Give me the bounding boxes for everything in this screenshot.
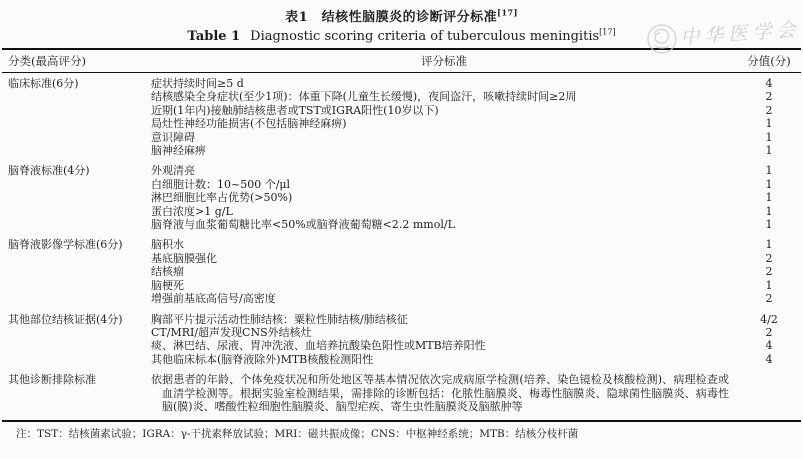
table-title-en-label: Table 1 (187, 29, 240, 44)
criterion-text: 脑脊液与血浆葡萄糖比率<50%或脑脊液葡萄糖<2.2 mmol/L (151, 218, 737, 231)
table-row: 淋巴细胞比率占优势(>50%) 1 (151, 191, 801, 204)
table-row: 增强前基底高信号/高密度 2 (151, 292, 801, 305)
section-rows: 外观清亮 1 白细胞计数：10~500 个/μl 1 淋巴细胞比率占优势(>50… (151, 164, 801, 231)
table-row: 近期(1年内)接触肺结核患者或TST或IGRA阳性(10岁以下) 2 (151, 104, 801, 117)
criterion-score: 2 (737, 326, 801, 339)
table-section: 临床标准(6分) 症状持续时间≥5 d 4 结核感染全身症状(至少1项)：体重下… (2, 77, 801, 157)
header-score: 分值(分) (737, 53, 801, 69)
table-row: 外观清亮 1 (151, 164, 801, 177)
criterion-score: 1 (737, 131, 801, 144)
criterion-score: 4 (737, 353, 801, 366)
criterion-score: 4/2 (737, 313, 801, 326)
criterion-text: 外观清亮 (151, 164, 737, 177)
criterion-text: 脑神经麻痹 (151, 144, 737, 157)
table-title-en-text: Diagnostic scoring criteria of tuberculo… (250, 29, 599, 44)
table-row: 脑梗死 1 (151, 279, 801, 292)
table-title-en: Table 1Diagnostic scoring criteria of tu… (0, 29, 803, 44)
criterion-score: 4 (737, 339, 801, 352)
table-section: 其他诊断排除标准 依据患者的年龄、个体免疫状况和所处地区等基本情况依次完成病原学… (2, 373, 801, 413)
table-row: 症状持续时间≥5 d 4 (151, 77, 801, 90)
header-criteria: 评分标准 (151, 53, 737, 69)
criterion-text: 白细胞计数：10~500 个/μl (151, 178, 737, 191)
criterion-text: 局灶性神经功能损害(不包括脑神经麻痹) (151, 117, 737, 130)
criterion-text: 蛋白浓度>1 g/L (151, 205, 737, 218)
section-rows: 胸部平片提示活动性肺结核：粟粒性肺结核/肺结核征 4/2 CT/MRI/超声发现… (151, 313, 801, 367)
criterion-score: 1 (737, 218, 801, 231)
criterion-text: 脑梗死 (151, 279, 737, 292)
section-rows: 依据患者的年龄、个体免疫状况和所处地区等基本情况依次完成病原学检测(培养、染色镜… (151, 373, 801, 413)
table-row: 胸部平片提示活动性肺结核：粟粒性肺结核/肺结核征 4/2 (151, 313, 801, 326)
criterion-text: 胸部平片提示活动性肺结核：粟粒性肺结核/肺结核征 (151, 313, 737, 326)
section-category: 脑脊液标准(4分) (2, 164, 151, 231)
scoring-table: 分类(最高评分) 评分标准 分值(分) 临床标准(6分) 症状持续时间≥5 d … (2, 48, 801, 420)
table-body: 临床标准(6分) 症状持续时间≥5 d 4 结核感染全身症状(至少1项)：体重下… (2, 73, 801, 420)
criterion-score: 1 (737, 164, 801, 177)
table-row: 脑积水 1 (151, 238, 801, 251)
table-title-zh: 表1 结核性脑膜炎的诊断评分标准[17] (0, 6, 803, 25)
criterion-text: 其他临床标本(脑脊液除外)MTB核酸检测阳性 (151, 353, 737, 366)
criterion-text: 基底脑膜强化 (151, 252, 737, 265)
title-en-reference: [17] (599, 28, 615, 37)
criterion-text: 意识障碍 (151, 131, 737, 144)
criterion-score: 1 (737, 117, 801, 130)
criterion-text: 症状持续时间≥5 d (151, 77, 737, 90)
criterion-score: 1 (737, 238, 801, 251)
section-rows: 症状持续时间≥5 d 4 结核感染全身症状(至少1项)：体重下降(儿童生长缓慢)… (151, 77, 801, 157)
criterion-score: 2 (737, 265, 801, 278)
section-category: 其他诊断排除标准 (2, 373, 151, 413)
criterion-score: 1 (737, 144, 801, 157)
table-row: 其他临床标本(脑脊液除外)MTB核酸检测阳性 4 (151, 353, 801, 366)
criterion-score: 1 (737, 178, 801, 191)
table-section: 其他部位结核证据(4分) 胸部平片提示活动性肺结核：粟粒性肺结核/肺结核征 4/… (2, 313, 801, 367)
table-row: 脑脊液与血浆葡萄糖比率<50%或脑脊液葡萄糖<2.2 mmol/L 1 (151, 218, 801, 231)
table-row: 白细胞计数：10~500 个/μl 1 (151, 178, 801, 191)
criterion-text: 依据患者的年龄、个体免疫状况和所处地区等基本情况依次完成病原学检测(培养、染色镜… (151, 373, 737, 413)
header-category: 分类(最高评分) (2, 53, 151, 69)
table-row: 结核感染全身症状(至少1项)：体重下降(儿童生长缓慢)，夜间盗汗，咳嗽持续时间≥… (151, 90, 801, 103)
criterion-text: 结核感染全身症状(至少1项)：体重下降(儿童生长缓慢)，夜间盗汗，咳嗽持续时间≥… (151, 90, 737, 103)
criterion-text: 增强前基底高信号/高密度 (151, 292, 737, 305)
criterion-text: 脑积水 (151, 238, 737, 251)
table-footnote: 注：TST：结核菌素试验；IGRA：γ-干扰素释放试验；MRI：磁共振成像；CN… (2, 426, 801, 441)
table-row: 意识障碍 1 (151, 131, 801, 144)
criterion-score: 1 (737, 279, 801, 292)
table-section: 脑脊液标准(4分) 外观清亮 1 白细胞计数：10~500 个/μl 1 淋巴细… (2, 164, 801, 231)
criterion-score (737, 373, 801, 413)
criterion-score: 2 (737, 252, 801, 265)
section-category: 其他部位结核证据(4分) (2, 313, 151, 367)
criterion-score: 2 (737, 90, 801, 103)
table-title-zh-text: 表1 结核性脑膜炎的诊断评分标准 (285, 10, 497, 25)
section-rows: 脑积水 1 基底脑膜强化 2 结核瘤 2 脑梗死 1 增强前基底高信号/高密度 … (151, 238, 801, 305)
table-row: 依据患者的年龄、个体免疫状况和所处地区等基本情况依次完成病原学检测(培养、染色镜… (151, 373, 801, 413)
title-block: 表1 结核性脑膜炎的诊断评分标准[17] Table 1Diagnostic s… (0, 6, 803, 44)
criterion-text: CT/MRI/超声发现CNS外结核灶 (151, 326, 737, 339)
table-section: 脑脊液影像学标准(6分) 脑积水 1 基底脑膜强化 2 结核瘤 2 脑梗死 1 … (2, 238, 801, 305)
table-row: 结核瘤 2 (151, 265, 801, 278)
criterion-score: 2 (737, 292, 801, 305)
criterion-score: 2 (737, 104, 801, 117)
table-bottom-rule (2, 420, 801, 422)
table-row: 痰、淋巴结、尿液、胃冲洗液、血培养抗酸染色阳性或MTB培养阳性 4 (151, 339, 801, 352)
criterion-text: 痰、淋巴结、尿液、胃冲洗液、血培养抗酸染色阳性或MTB培养阳性 (151, 339, 737, 352)
criterion-text: 淋巴细胞比率占优势(>50%) (151, 191, 737, 204)
table-row: 蛋白浓度>1 g/L 1 (151, 205, 801, 218)
criterion-score: 4 (737, 77, 801, 90)
table-header-row: 分类(最高评分) 评分标准 分值(分) (2, 50, 801, 73)
table-row: 局灶性神经功能损害(不包括脑神经麻痹) 1 (151, 117, 801, 130)
criterion-text: 结核瘤 (151, 265, 737, 278)
section-category: 脑脊液影像学标准(6分) (2, 238, 151, 305)
table-row: CT/MRI/超声发现CNS外结核灶 2 (151, 326, 801, 339)
criterion-score: 1 (737, 205, 801, 218)
table-row: 脑神经麻痹 1 (151, 144, 801, 157)
criterion-score: 1 (737, 191, 801, 204)
criterion-text: 近期(1年内)接触肺结核患者或TST或IGRA阳性(10岁以下) (151, 104, 737, 117)
section-category: 临床标准(6分) (2, 77, 151, 157)
title-zh-reference: [17] (497, 8, 518, 18)
table-row: 基底脑膜强化 2 (151, 252, 801, 265)
